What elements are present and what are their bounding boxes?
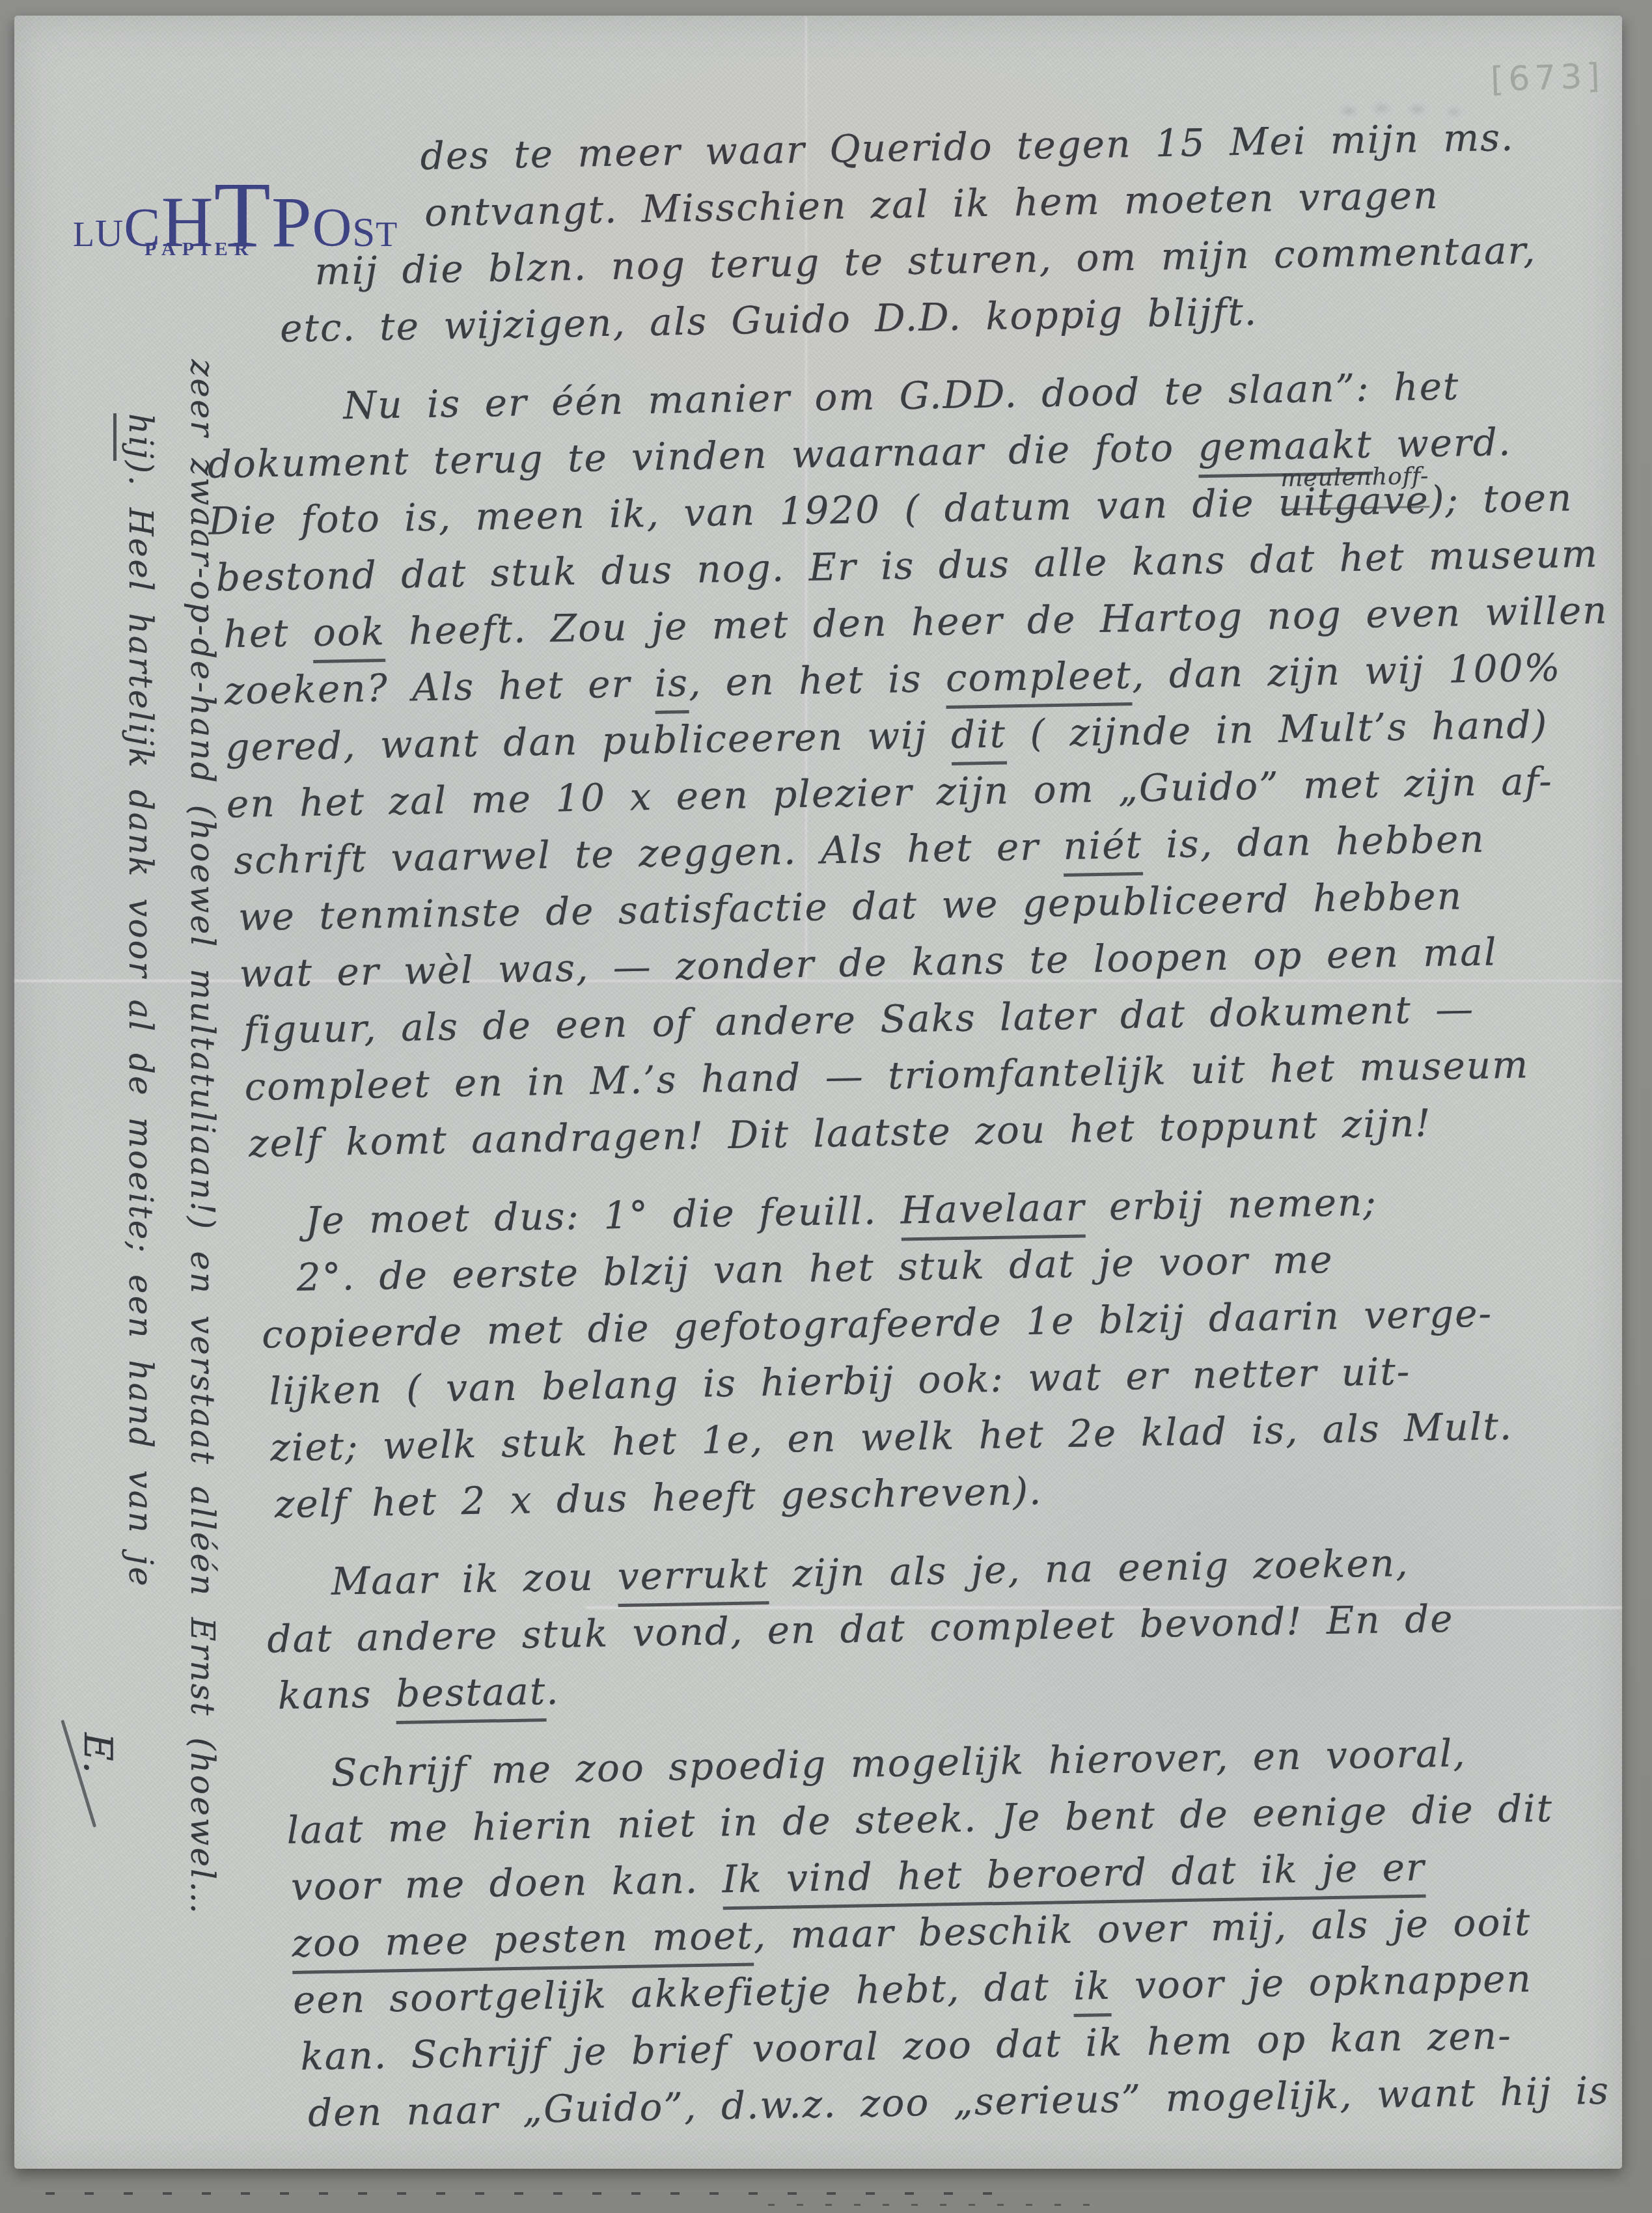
scanner-edge-speckles — [768, 2204, 1094, 2206]
letter-body: des te meer waar Querido tegen 15 Mei mi… — [124, 108, 1630, 2164]
handwriting-segment: meulenhoff-uitgave); toen — [1278, 475, 1573, 525]
underlined-handwriting: compleet — [945, 653, 1132, 709]
underlined-handwriting: hij — [113, 413, 159, 461]
handwriting-segment: voor je opknappen — [1110, 1957, 1532, 2008]
handwriting-segment: zelf het 2 x dus heeft geschreven). — [274, 1469, 1043, 1527]
handwriting-segment: . — [546, 1669, 560, 1713]
handwriting-segment: ( zijnde in Mult’s hand) — [1006, 702, 1549, 756]
handwriting-segment: een soortgelijk akkefietje hebt, dat — [292, 1964, 1073, 2022]
handwriting-segment: ). Heel hartelijk dank voor al de moeite… — [122, 461, 159, 1588]
handwriting-segment: , maar beschik over mij, als je ooit — [753, 1900, 1532, 1958]
handwriting-segment: voor me doen kan. — [290, 1857, 723, 1909]
underlined-handwriting: Havelaar — [900, 1185, 1086, 1241]
handwriting-segment: Je moet dus: 1° die feuill. — [305, 1188, 902, 1243]
letterhead-letter: U — [95, 212, 124, 254]
handwriting-segment: schrift vaarwel te zeggen. Als het er — [234, 824, 1064, 883]
handwriting-segment: Maar ik zou — [331, 1554, 618, 1604]
handwriting-segment: zoeken? Als het er — [224, 661, 655, 713]
handwriting-segment: , en het is — [688, 656, 946, 705]
handwriting-segment: kans — [277, 1671, 396, 1718]
handwriting-segment: het — [223, 611, 314, 656]
letter-scan: { "letterhead": { "brand_word": "LUCHTPO… — [0, 0, 1652, 2213]
handwriting-segment: zijn als je, na eenig zoeken, — [769, 1541, 1409, 1596]
scanner-edge-speckles — [46, 2192, 1022, 2195]
underlined-handwriting: bestaat — [396, 1669, 547, 1724]
margin-note-line: zeer zwaar-op-de-hand (hoewel multatulia… — [184, 359, 221, 1916]
underlined-handwriting: is — [654, 661, 689, 714]
handwritten-line: kans bestaat. — [277, 1663, 560, 1725]
inserted-word-above-line: meulenhoff- — [1280, 448, 1429, 510]
pencil-inventory-number: [673] — [1490, 57, 1605, 100]
handwriting-segment: dokument terug te vinden waarnaar die fo… — [207, 425, 1198, 487]
underlined-handwriting: dit — [950, 711, 1006, 765]
handwriting-segment: zeer zwaar-op-de-hand (hoewel multatulia… — [184, 359, 221, 1916]
underlined-handwriting: ik — [1073, 1964, 1112, 2017]
signature: E. — [75, 1733, 120, 1774]
handwriting-segment: gered, want dan publiceeren wij — [225, 713, 952, 769]
handwriting-segment: erbij nemen; — [1085, 1180, 1378, 1230]
handwriting-segment: etc. te wijzigen, als Guido D.D. koppig … — [280, 290, 1258, 351]
letterhead-letter: L — [73, 215, 95, 254]
handwriting-segment: is, dan hebben — [1142, 817, 1485, 867]
margin-note-line: hij). Heel hartelijk dank voor al de moe… — [122, 413, 159, 1588]
underlined-handwriting: niét — [1063, 823, 1143, 877]
underlined-handwriting: verrukt — [617, 1552, 769, 1607]
underlined-handwriting: ook — [312, 609, 385, 663]
handwriting-segment: , dan zijn wij 100% — [1131, 646, 1562, 698]
handwriting-segment: ontvangt. Misschien zal ik hem moeten vr… — [424, 173, 1439, 235]
